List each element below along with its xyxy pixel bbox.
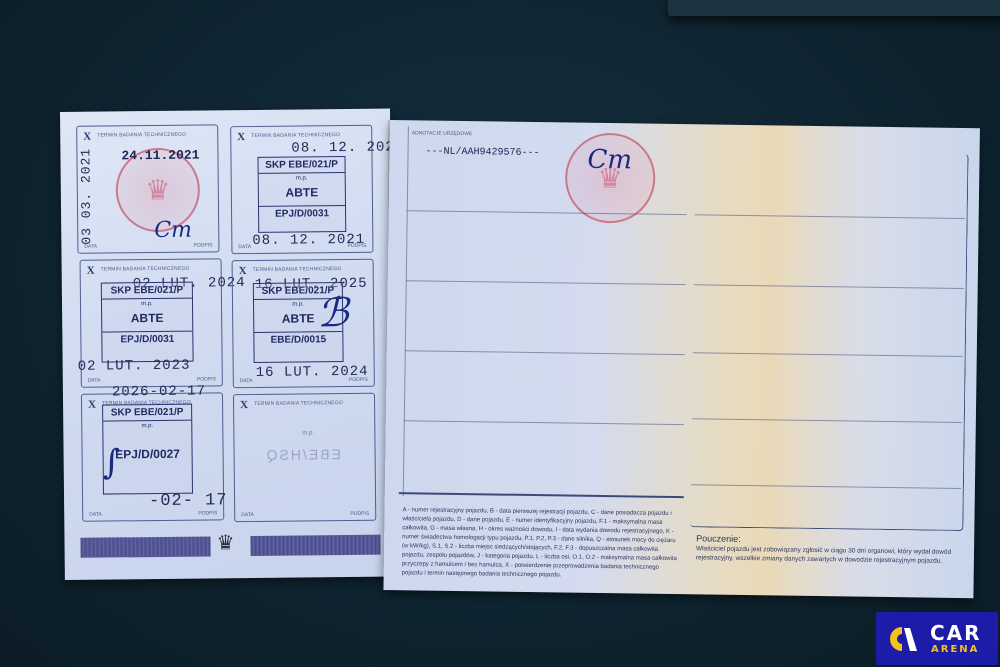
ruled-line <box>399 492 684 498</box>
left-page: X TERMIN BADANIA TECHNICZNEGO ♛ 24.11.20… <box>60 109 395 580</box>
label-podpis: PODPIS <box>349 377 368 383</box>
car-arena-mark-icon <box>888 624 918 654</box>
eagle-icon: ♛ <box>145 173 170 206</box>
date-stamp-top: 2026-02-17 <box>112 383 206 400</box>
cell-header: TERMIN BADANIA TECHNICZNEGO <box>101 266 190 273</box>
instruction-notice: Pouczenie: Właściciel pojazdu jest zobow… <box>696 534 956 566</box>
cell-header: TERMIN BADANIA TECHNICZNEGO <box>254 400 343 407</box>
x-mark: X <box>240 399 248 411</box>
inspection-cell: X TERMIN BADANIA TECHNICZNEGO ♛ 24.11.20… <box>76 124 219 253</box>
field-legend: A - numer rejestracyjny pojazdu, B - dat… <box>402 506 678 582</box>
label-data: DATA <box>240 378 253 384</box>
security-band <box>80 536 210 557</box>
inspection-cell: X TERMIN BADANIA TECHNICZNEGO 2026-02-17… <box>81 392 224 521</box>
inspection-cell: X TERMIN BADANIA TECHNICZNEGO 02 LUT. 20… <box>80 258 223 387</box>
label-podpis: PODPIS <box>197 376 216 382</box>
station-stamp: SKP EBE/021/P m.p. ABTE EPJ/D/0031 <box>257 156 346 233</box>
x-mark: X <box>83 131 91 143</box>
label-podpis: PODPIS <box>350 511 369 517</box>
signature: ∫ <box>102 442 120 482</box>
logo-text-secondary: ARENA <box>931 644 979 655</box>
cell-header: TERMIN BADANIA TECHNICZNEGO <box>97 132 186 139</box>
notice-text: Właściciel pojazdu jest zobowiązany zgło… <box>696 544 956 566</box>
diagnostician-code: EPJ/D/0031 <box>259 205 345 222</box>
ruled-line <box>406 280 686 285</box>
diagnostician-code: EPJ/D/0031 <box>102 331 192 348</box>
label-podpis: PODPIS <box>193 242 212 248</box>
inspection-cell: X TERMIN BADANIA TECHNICZNEGO 08. 12. 20… <box>230 125 373 254</box>
stamp-mp: m.p. <box>102 301 192 308</box>
station-code: SKP EBE/021/P <box>102 283 192 300</box>
side-date-stamp: 03 03. 2021 <box>78 148 94 245</box>
stamp-mp: m.p. <box>103 423 191 430</box>
background-object <box>668 0 1000 16</box>
x-mark: X <box>239 265 247 277</box>
eagle-emblem-icon: ♛ <box>216 530 234 555</box>
car-arena-logo: CAR ARENA <box>876 612 998 665</box>
x-mark: X <box>88 399 96 411</box>
ruled-line <box>405 350 685 355</box>
logo-text-primary: CAR <box>930 621 982 645</box>
label-data: DATA <box>238 244 251 250</box>
label-data: DATA <box>241 512 254 518</box>
x-mark: X <box>87 265 95 277</box>
right-page: ADNOTACJE URZĘDOWE ---NL/AAH9429576--- ♛… <box>383 120 980 598</box>
security-band <box>250 535 380 556</box>
registration-booklet: X TERMIN BADANIA TECHNICZNEGO ♛ 24.11.20… <box>60 112 990 597</box>
inspection-cell: X TERMIN BADANIA TECHNICZNEGO m.p. EBE/H… <box>233 393 376 522</box>
label-data: DATA <box>88 378 101 384</box>
station-stamp: SKP EBE/021/P m.p. ABTE EPJ/D/0031 <box>101 282 194 363</box>
date-stamp-bottom: 02 LUT. 2023 <box>78 358 191 375</box>
label-data: DATA <box>84 244 97 250</box>
label-podpis: PODPIS <box>347 243 366 249</box>
station-code: SKP EBE/021/P <box>258 157 344 174</box>
mirrored-imprint: EBE/HSQ <box>265 446 341 463</box>
stamp-mp: m.p. <box>302 430 314 436</box>
label-data: DATA <box>89 512 102 518</box>
label-podpis: PODPIS <box>198 510 217 516</box>
x-mark: X <box>237 131 245 143</box>
ruled-line <box>404 420 684 425</box>
signature: ℬ <box>317 290 349 336</box>
annotation-entry: ---NL/AAH9429576--- <box>425 147 539 160</box>
station-name: ABTE <box>102 311 192 326</box>
stamp-mp: m.p. <box>259 175 345 182</box>
page-border <box>403 126 409 496</box>
annotations-header: ADNOTACJE URZĘDOWE <box>412 130 473 137</box>
typed-date: 24.11.2021 <box>121 148 199 164</box>
cell-header: TERMIN BADANIA TECHNICZNEGO <box>253 266 342 273</box>
signature: Cm <box>154 218 192 243</box>
station-code: SKP EBE/021/P <box>103 405 191 422</box>
station-name: ABTE <box>259 185 345 200</box>
annotation-frame <box>690 150 968 531</box>
inspection-cell: X TERMIN BADANIA TECHNICZNEGO 16 LUT. 20… <box>232 259 375 388</box>
cell-header: TERMIN BADANIA TECHNICZNEGO <box>251 132 340 139</box>
signature: Cm <box>587 145 632 176</box>
ruled-line <box>407 210 687 215</box>
date-stamp-bottom: -02- 17 <box>149 491 228 511</box>
